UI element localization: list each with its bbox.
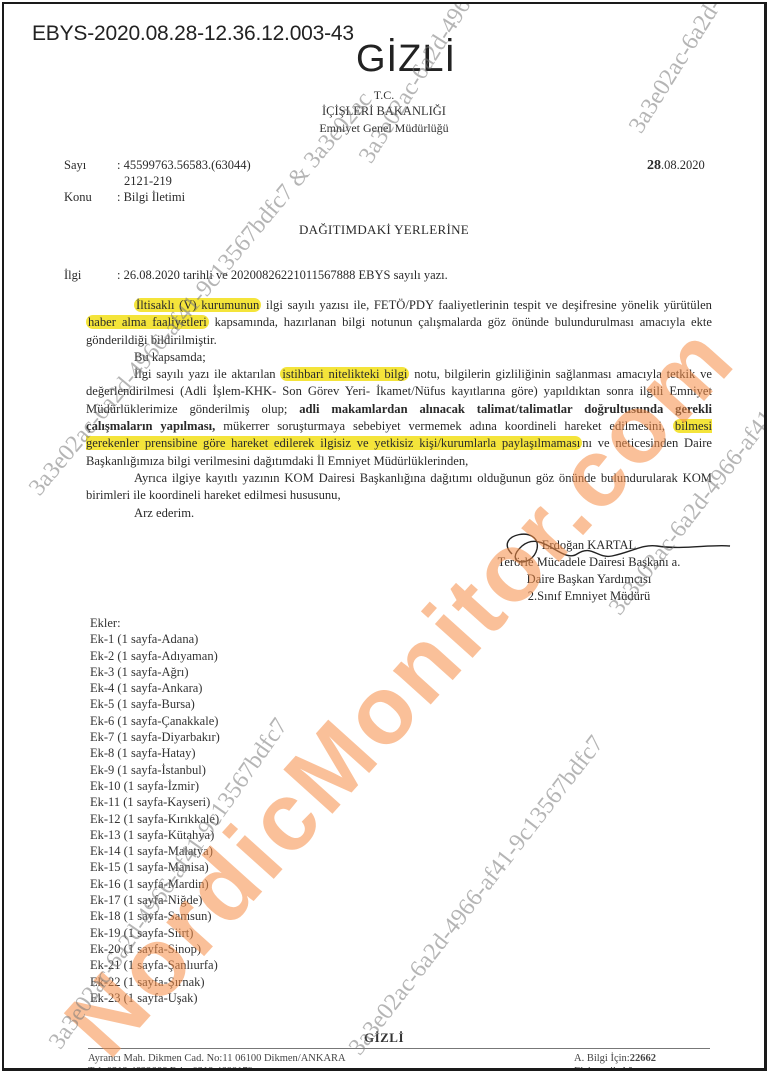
attachment-item: Ek-10 (1 sayfa-İzmir): [90, 778, 220, 794]
body-paragraphs: İltisaklı (V) kurumunun ilgi sayılı yazı…: [86, 297, 712, 522]
attachment-item: Ek-20 (1 sayfa-Sinop): [90, 941, 220, 957]
document-page: EBYS-2020.08.28-12.36.12.003-43 GİZLİ T.…: [2, 2, 767, 1071]
attachment-item: Ek-14 (1 sayfa-Malatya): [90, 843, 220, 859]
highlight: haber alma faaliyetleri: [86, 315, 209, 329]
attachment-item: Ek-15 (1 sayfa-Manisa): [90, 859, 220, 875]
attachment-item: Ek-4 (1 sayfa-Ankara): [90, 680, 220, 696]
attachment-item: Ek-19 (1 sayfa-Siirt): [90, 925, 220, 941]
paragraph-5: Arz ederim.: [86, 505, 712, 522]
ilgi-value: : 26.08.2020 tarihli ve 2020082622101156…: [117, 268, 448, 283]
attachment-item: Ek-5 (1 sayfa-Bursa): [90, 696, 220, 712]
date-day: 28: [647, 158, 661, 173]
attachment-item: Ek-21 (1 sayfa-Şanlıurfa): [90, 957, 220, 973]
attachment-item: Ek-12 (1 sayfa-Kırıkkale): [90, 811, 220, 827]
ilgi-label: İlgi: [64, 268, 81, 283]
attachment-item: Ek-23 (1 sayfa-Uşak): [90, 990, 220, 1006]
paragraph-4: Ayrıca ilgiye kayıtlı yazının KOM Daires…: [86, 470, 712, 505]
attachments-list: Ekler: Ek-1 (1 sayfa-Adana)Ek-2 (1 sayfa…: [90, 615, 220, 1006]
attachment-item: Ek-9 (1 sayfa-İstanbul): [90, 762, 220, 778]
header-directorate: Emniyet Genel Müdürlüğü: [4, 121, 764, 136]
attachments-heading: Ekler:: [90, 615, 220, 631]
addressee: DAĞITIMDAKİ YERLERİNE: [4, 222, 764, 238]
sayi-value-line2: 2121-219: [124, 174, 172, 189]
paragraph-2: Bu kapsamda;: [86, 349, 712, 366]
signature-block: Erdoğan KARTAL Terörle Mücadele Dairesi …: [474, 537, 704, 605]
footer-address: Ayrancı Mah. Dikmen Cad. No:11 06100 Dik…: [88, 1052, 346, 1071]
attachment-item: Ek-16 (1 sayfa-Mardin): [90, 876, 220, 892]
attachment-item: Ek-2 (1 sayfa-Adıyaman): [90, 648, 220, 664]
header-country: T.C.: [4, 88, 764, 103]
ebys-document-id: EBYS-2020.08.28-12.36.12.003-43: [32, 22, 354, 46]
signatory-title-1: Terörle Mücadele Dairesi Başkanı a.: [474, 554, 704, 571]
classification-label-top: GİZLİ: [356, 38, 456, 81]
attachment-item: Ek-22 (1 sayfa-Şırnak): [90, 974, 220, 990]
attachment-item: Ek-13 (1 sayfa-Kütahya): [90, 827, 220, 843]
footer-contact: A. Bilgi İçin:22662 Elektronik Ağ: egm.g…: [574, 1052, 684, 1071]
konu-value: : Bilgi İletimi: [117, 190, 185, 205]
date-rest: .08.2020: [661, 158, 705, 172]
footer-divider: [88, 1048, 710, 1049]
attachment-item: Ek-18 (1 sayfa-Samsun): [90, 908, 220, 924]
classification-label-bottom: GİZLİ: [4, 1030, 764, 1046]
attachment-item: Ek-6 (1 sayfa-Çanakkale): [90, 713, 220, 729]
highlight: istihbari nitelikteki bilgi: [280, 367, 409, 381]
sayi-label: Sayı: [64, 158, 86, 173]
hash-watermark: 3a3e02ac-6a2d-4966-af41-9c13567bdfc7: [344, 731, 610, 1061]
highlight: İltisaklı (V) kurumunun: [134, 298, 261, 312]
attachment-item: Ek-8 (1 sayfa-Hatay): [90, 745, 220, 761]
paragraph-3: İlgi sayılı yazı ile aktarılan istihbari…: [86, 366, 712, 470]
konu-label: Konu: [64, 190, 92, 205]
attachment-item: Ek-17 (1 sayfa-Niğde): [90, 892, 220, 908]
signatory-name: Erdoğan KARTAL: [474, 537, 704, 554]
attachment-item: Ek-3 (1 sayfa-Ağrı): [90, 664, 220, 680]
attachment-item: Ek-7 (1 sayfa-Diyarbakır): [90, 729, 220, 745]
document-date: 28.08.2020: [647, 158, 705, 174]
sayi-value: : 45599763.56583.(63044): [117, 158, 251, 173]
header-ministry: İÇİŞLERİ BAKANLIĞI: [4, 104, 764, 119]
hash-watermark: 3a3e02ac-6a2d-4966-af41-9c13567bdfc7 & 3…: [354, 2, 652, 168]
paragraph-1: İltisaklı (V) kurumunun ilgi sayılı yazı…: [86, 297, 712, 349]
signatory-title-3: 2.Sınıf Emniyet Müdürü: [474, 588, 704, 605]
attachment-item: Ek-1 (1 sayfa-Adana): [90, 631, 220, 647]
signatory-title-2: Daire Başkan Yardımcısı: [474, 571, 704, 588]
attachment-item: Ek-11 (1 sayfa-Kayseri): [90, 794, 220, 810]
